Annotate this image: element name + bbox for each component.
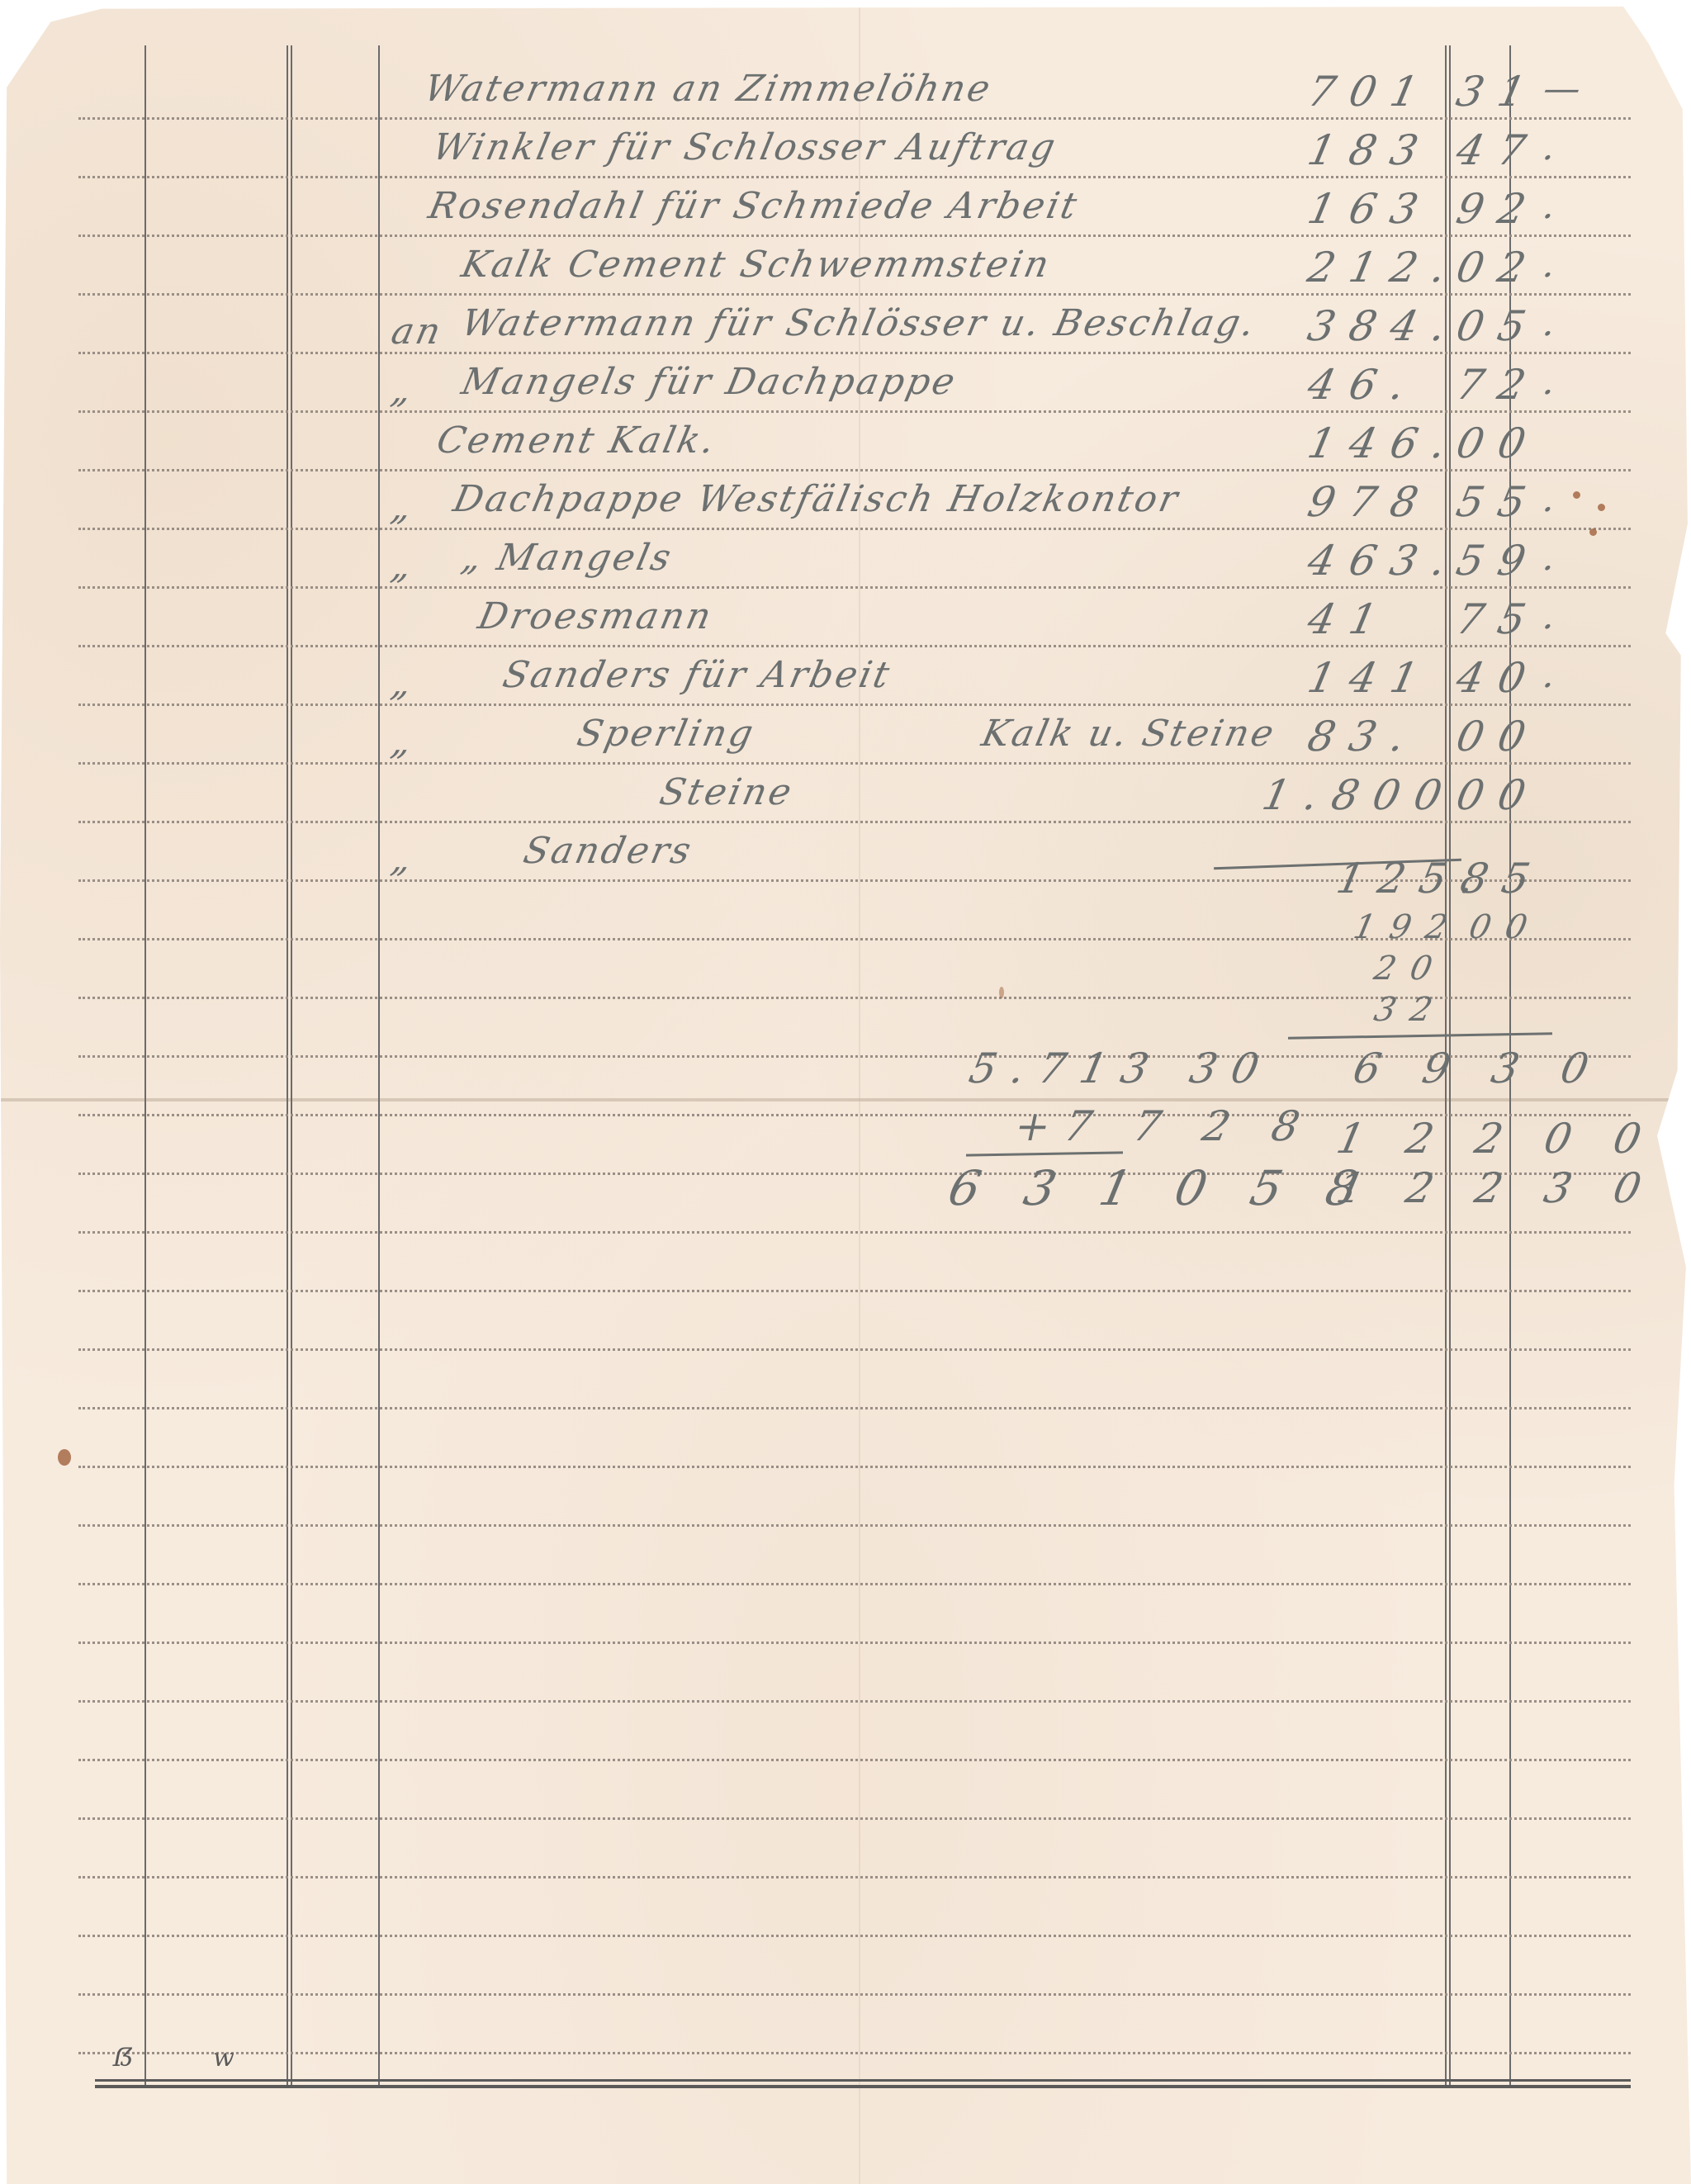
row-line: [78, 1231, 1631, 1234]
entry-prefix: „: [388, 486, 419, 528]
entry-description: Winkler für Schlosser Auftrag: [429, 126, 1062, 168]
entry-cents: 72: [1452, 361, 1545, 409]
ledger-page: Watermann an Zimmelöhne70131—Winkler für…: [0, 0, 1691, 2184]
entry-amount: 141: [1304, 654, 1438, 702]
row-line: [78, 1935, 1631, 1937]
entry-amount: 212.: [1304, 244, 1466, 291]
entry-amount: 701: [1304, 68, 1438, 116]
entry-description: Steine: [656, 771, 798, 813]
row-line: [78, 704, 1631, 706]
entry-amount: 1.800: [1258, 771, 1461, 819]
entry-cents: 02: [1452, 244, 1545, 291]
entry-prefix: „: [388, 838, 419, 880]
sum-underline-3: [966, 1151, 1123, 1156]
row-line: [78, 469, 1631, 471]
row-line: [78, 1700, 1631, 1703]
entry-description: „ Mangels: [458, 537, 677, 579]
entry-cents: 00: [1452, 419, 1545, 467]
row-line: [78, 1524, 1631, 1527]
row-line: [78, 762, 1631, 765]
row-line: [78, 645, 1631, 647]
entry-description: Mangels für Dachpappe: [458, 361, 961, 403]
entry-cents: 92: [1452, 185, 1545, 233]
bottom-double-rule-bottom: [95, 2085, 1631, 2088]
entry-description: Sanders für Arbeit: [500, 654, 896, 696]
left-sum-1: 5.713 30: [965, 1045, 1278, 1092]
row-line: [78, 1407, 1631, 1409]
row-line: [78, 1290, 1631, 1292]
entry-prefix: „: [388, 369, 419, 411]
entry-description: Watermann für Schlösser u. Beschlag.: [458, 302, 1261, 344]
entry-amount: 978: [1304, 478, 1438, 526]
bottom-double-rule-top: [95, 2079, 1631, 2082]
left-add: +7 7 2 8: [1011, 1102, 1319, 1150]
entry-amount: 163: [1304, 185, 1438, 233]
row-line: [78, 1583, 1631, 1585]
row-line: [78, 1348, 1631, 1351]
footer-mark-left: ẞ: [113, 2044, 134, 2073]
entry-description: Kalk Cement Schwemmstein: [458, 244, 1055, 286]
entry-amount: 183: [1304, 126, 1438, 174]
row-line: [78, 1876, 1631, 1878]
row-line: [78, 528, 1631, 530]
entry-cents: 47: [1452, 126, 1545, 174]
entry-description: Cement Kalk.: [433, 419, 721, 462]
subtotal-4-amount: 32: [1371, 991, 1451, 1029]
entry-amount: 41: [1304, 595, 1396, 643]
entry-mark: —: [1540, 68, 1588, 110]
entry-prefix: an: [388, 310, 447, 353]
row-line: [78, 821, 1631, 823]
row-line: [78, 1759, 1631, 1761]
stain: [58, 1449, 71, 1466]
right-sum-2: 1 2 2 0 0: [1333, 1115, 1660, 1163]
entry-cents: 55: [1452, 478, 1545, 526]
subtotal-2-cents: 00: [1466, 908, 1546, 946]
stain: [1598, 504, 1605, 511]
entry-prefix: „: [388, 721, 419, 763]
row-line: [78, 586, 1631, 589]
left-total: 6 3 1 0 5 8: [944, 1160, 1378, 1216]
entry-description: Sperling: [574, 713, 760, 755]
row-line: [78, 1817, 1631, 1820]
entry-amount: 46.: [1304, 361, 1424, 409]
entry-cents: 05: [1452, 302, 1545, 350]
entry-prefix: „: [388, 662, 419, 704]
entry-prefix: „: [388, 545, 419, 587]
row-line: [78, 293, 1631, 296]
subtotal-1-cents: 85: [1457, 855, 1549, 902]
row-line: [78, 352, 1631, 354]
right-total: 1 2 2 3 0: [1333, 1164, 1660, 1212]
stain: [1573, 491, 1580, 499]
entry-cents: 31: [1452, 68, 1545, 116]
footer-mark-right: w: [213, 2044, 234, 2073]
horizontal-fold-crease: [0, 1098, 1691, 1101]
entry-description: Rosendahl für Schmiede Arbeit: [425, 185, 1083, 227]
entry-cents: 59: [1452, 537, 1545, 585]
entry-description: Dachpappe Westfälisch Holzkontor: [450, 478, 1184, 520]
row-line: [78, 176, 1631, 178]
row-line: [78, 1642, 1631, 1644]
sum-underline-2: [1288, 1032, 1552, 1040]
row-line: [78, 1993, 1631, 1996]
entry-amount: 384.: [1304, 302, 1466, 350]
entry-description-extra: Kalk u. Steine: [978, 713, 1280, 755]
subtotal-3-amount: 20: [1371, 950, 1451, 988]
entry-cents: 00: [1452, 771, 1545, 819]
row-line: [78, 235, 1631, 237]
entry-cents: 40: [1452, 654, 1545, 702]
row-line: [78, 410, 1631, 413]
entry-amount: 463.: [1304, 537, 1466, 585]
row-line: [78, 2052, 1631, 2054]
right-sum-1: 6 9 3 0: [1349, 1045, 1608, 1092]
entry-description: Sanders: [520, 830, 697, 872]
entry-cents: 00: [1452, 713, 1545, 760]
entry-description: Watermann an Zimmelöhne: [421, 68, 997, 110]
entry-amount: 146.: [1304, 419, 1466, 467]
row-line: [78, 117, 1631, 120]
entry-cents: 75: [1452, 595, 1545, 643]
row-line: [78, 1466, 1631, 1468]
stain: [999, 987, 1004, 998]
stain: [1589, 528, 1597, 536]
entry-description: Droesmann: [475, 595, 718, 637]
entry-amount: 83.: [1304, 713, 1424, 760]
subtotal-2-amount: 192: [1350, 908, 1466, 946]
